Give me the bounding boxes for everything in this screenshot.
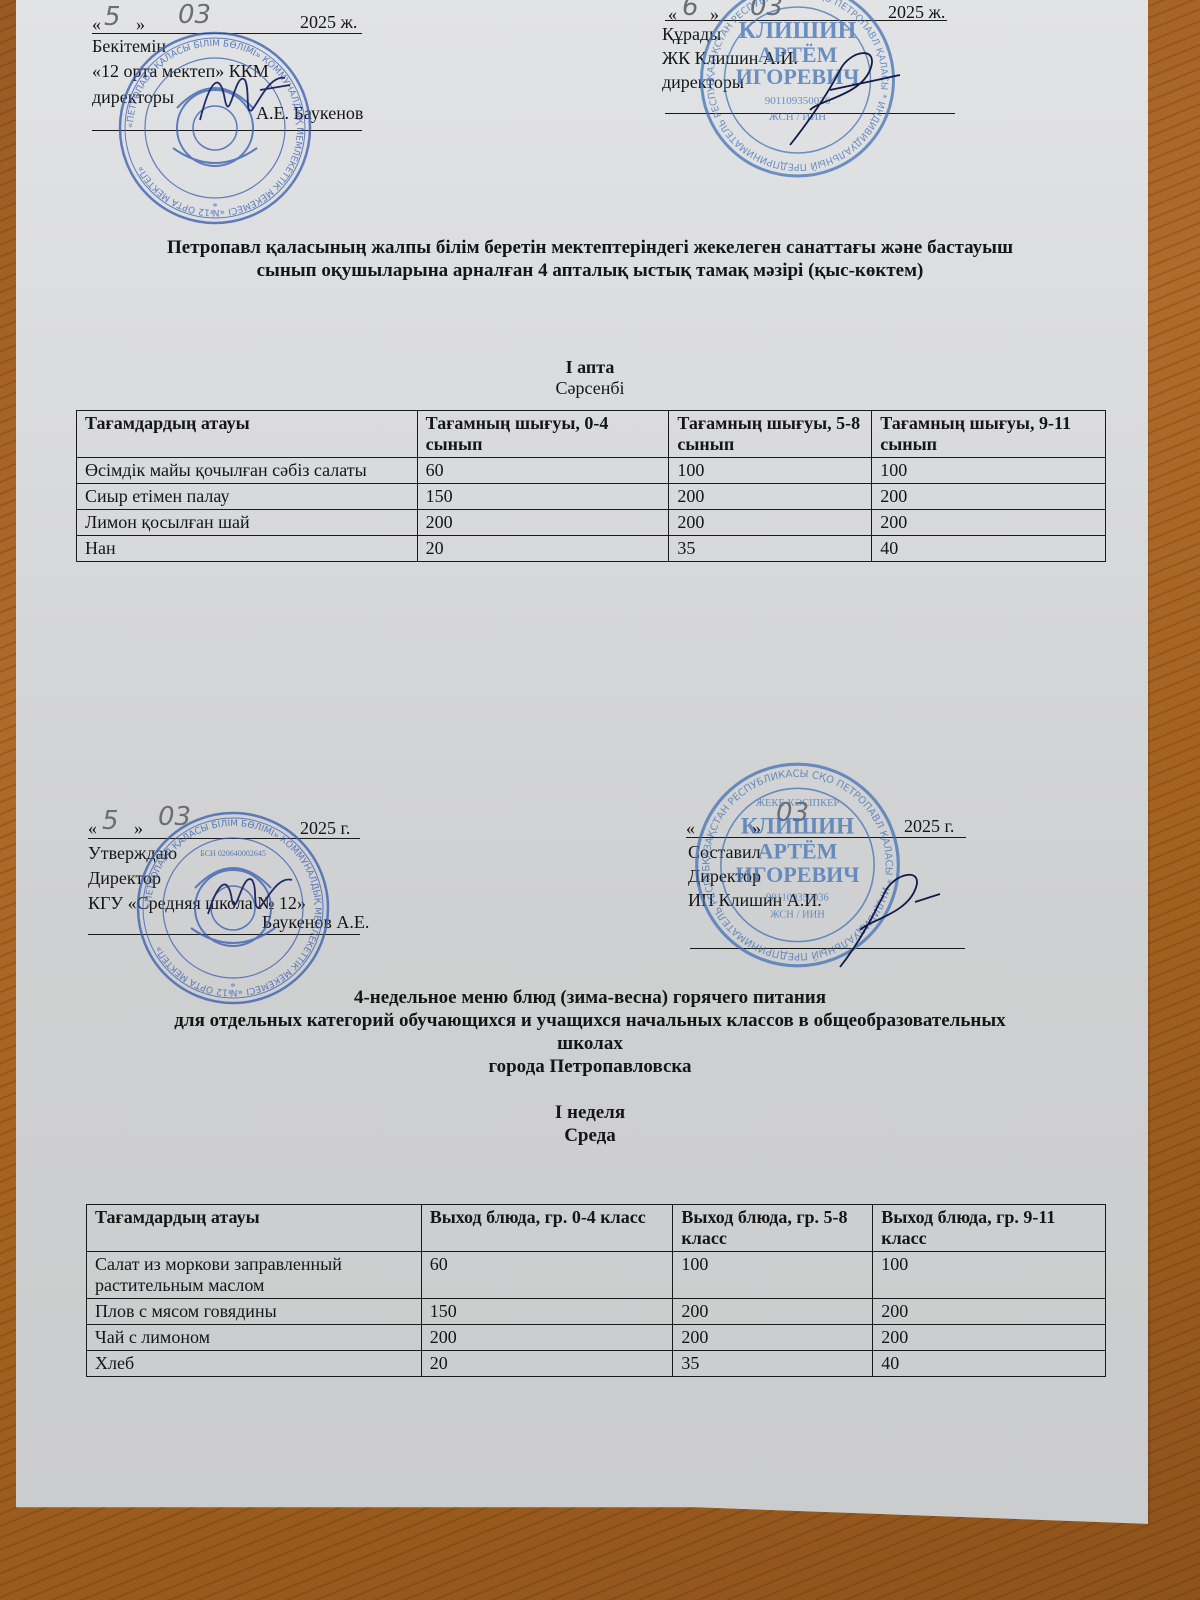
position-label: Директор (88, 868, 161, 889)
cell-dish-name: Хлеб (87, 1351, 422, 1377)
header-dish-name: Тағамдардың атауы (77, 411, 418, 458)
cell-yield-5-8: 200 (669, 510, 872, 536)
cell-yield-0-4: 150 (421, 1299, 673, 1325)
cell-dish-name: Сиыр етімен палау (77, 484, 418, 510)
handwritten-month: 03 (178, 0, 211, 30)
date-close-quote: » (134, 818, 143, 839)
cell-yield-0-4: 150 (417, 484, 669, 510)
date-year: 2025 ж. (300, 12, 357, 33)
handwritten-day: 5 (104, 2, 121, 32)
ru-menu-title-line4: города Петропавловска (40, 1055, 1140, 1078)
cell-yield-9-11: 40 (872, 536, 1106, 562)
table-row: Нан203540 (77, 536, 1106, 562)
cell-yield-0-4: 20 (417, 536, 669, 562)
director-name: Баукенов А.Е. (262, 912, 369, 933)
ru-day-label: Среда (40, 1124, 1140, 1147)
ru-menu-title-line1: 4-недельное меню блюд (зима-весна) горяч… (40, 986, 1140, 1009)
kz-menu-table: Тағамдардың атауы Тағамның шығуы, 0-4 сы… (76, 410, 1106, 562)
cell-dish-name: Өсімдік майы қочылған сәбіз салаты (77, 458, 418, 484)
date-underline (686, 837, 966, 838)
header-yield-5-8: Выход блюда, гр. 5-8 класс (673, 1205, 873, 1252)
date-underline (92, 33, 362, 34)
cell-yield-5-8: 200 (669, 484, 872, 510)
cell-yield-9-11: 200 (873, 1325, 1106, 1351)
header-yield-0-4: Выход блюда, гр. 0-4 класс (421, 1205, 673, 1252)
kz-menu-title-line2: сынып оқушыларына арналған 4 апталық ыст… (40, 259, 1140, 282)
date-open-quote: « (88, 818, 97, 839)
org-name: КГУ «Средняя школа № 12» (88, 893, 306, 914)
cell-yield-0-4: 60 (417, 458, 669, 484)
cell-yield-5-8: 100 (669, 458, 872, 484)
table-row: Чай с лимоном200200200 (87, 1325, 1106, 1351)
header-dish-name: Тағамдардың атауы (87, 1205, 422, 1252)
date-open-quote: « (686, 818, 695, 839)
handwritten-month: 03 (776, 798, 809, 828)
table-row: Хлеб203540 (87, 1351, 1106, 1377)
cell-dish-name: Салат из моркови заправленный растительн… (87, 1252, 422, 1299)
date-open-quote: « (668, 4, 677, 25)
position-label: директоры (662, 72, 744, 93)
date-close-quote: » (710, 4, 719, 25)
cell-yield-5-8: 100 (673, 1252, 873, 1299)
kz-week-label: І апта (40, 357, 1140, 378)
approved-label: Утверждаю (88, 843, 177, 864)
approved-label: Бекітемін (92, 36, 166, 57)
date-close-quote: » (136, 14, 145, 35)
org-name: ЖК Клишин А.И. (662, 48, 798, 69)
cell-yield-9-11: 100 (872, 458, 1106, 484)
director-name: А.Е. Баукенов (256, 103, 363, 124)
date-close-quote: » (752, 818, 761, 839)
cell-yield-5-8: 200 (673, 1325, 873, 1351)
date-open-quote: « (92, 14, 101, 35)
cell-yield-0-4: 20 (421, 1351, 673, 1377)
signature-line (92, 130, 362, 131)
cell-yield-9-11: 200 (872, 484, 1106, 510)
compiled-label: Құрады (662, 24, 721, 45)
cell-yield-0-4: 200 (417, 510, 669, 536)
cell-yield-0-4: 60 (421, 1252, 673, 1299)
header-yield-9-11: Тағамның шығуы, 9-11 сынып (872, 411, 1106, 458)
cell-dish-name: Чай с лимоном (87, 1325, 422, 1351)
signature-line (690, 948, 965, 949)
table-row: Өсімдік майы қочылған сәбіз салаты601001… (77, 458, 1106, 484)
table-row: Сиыр етімен палау150200200 (77, 484, 1106, 510)
ru-week-label: І неделя (40, 1101, 1140, 1124)
ru-menu-table: Тағамдардың атауы Выход блюда, гр. 0-4 к… (86, 1204, 1106, 1377)
cell-dish-name: Нан (77, 536, 418, 562)
cell-yield-5-8: 35 (669, 536, 872, 562)
header-yield-0-4: Тағамның шығуы, 0-4 сынып (417, 411, 669, 458)
org-name: «12 орта мектеп» ККМ (92, 61, 269, 82)
cell-yield-9-11: 40 (873, 1351, 1106, 1377)
handwritten-month: 03 (158, 802, 191, 832)
header-yield-9-11: Выход блюда, гр. 9-11 класс (873, 1205, 1106, 1252)
cell-yield-9-11: 100 (873, 1252, 1106, 1299)
cell-dish-name: Плов с мясом говядины (87, 1299, 422, 1325)
kz-day-label: Сәрсенбі (40, 378, 1140, 399)
cell-yield-5-8: 200 (673, 1299, 873, 1325)
table-header-row: Тағамдардың атауы Выход блюда, гр. 0-4 к… (87, 1205, 1106, 1252)
signature-line (88, 934, 360, 935)
table-header-row: Тағамдардың атауы Тағамның шығуы, 0-4 сы… (77, 411, 1106, 458)
cell-yield-0-4: 200 (421, 1325, 673, 1351)
handwritten-day: 5 (102, 806, 119, 836)
date-underline (665, 20, 947, 21)
signature-line (665, 113, 955, 114)
cell-yield-9-11: 200 (873, 1299, 1106, 1325)
handwritten-month: 03 (750, 0, 783, 22)
position-label: директоры (92, 87, 174, 108)
compiled-label: Составил (688, 842, 761, 863)
org-name: ИП Клишин А.И. (688, 890, 822, 911)
cell-yield-9-11: 200 (872, 510, 1106, 536)
date-year: 2025 г. (904, 816, 954, 837)
date-year: 2025 г. (300, 818, 350, 839)
ru-menu-title-line2: для отдельных категорий обучающихся и уч… (40, 1009, 1140, 1032)
ru-menu-title-line3: школах (40, 1032, 1140, 1055)
table-row: Лимон қосылған шай200200200 (77, 510, 1106, 536)
header-yield-5-8: Тағамның шығуы, 5-8 сынып (669, 411, 872, 458)
cell-dish-name: Лимон қосылған шай (77, 510, 418, 536)
handwritten-day: 6 (682, 0, 699, 22)
date-underline (88, 838, 360, 839)
kz-menu-title-line1: Петропавл қаласының жалпы білім беретін … (40, 236, 1140, 259)
cell-yield-5-8: 35 (673, 1351, 873, 1377)
position-label: Директор (688, 866, 761, 887)
table-row: Плов с мясом говядины150200200 (87, 1299, 1106, 1325)
table-row: Салат из моркови заправленный растительн… (87, 1252, 1106, 1299)
